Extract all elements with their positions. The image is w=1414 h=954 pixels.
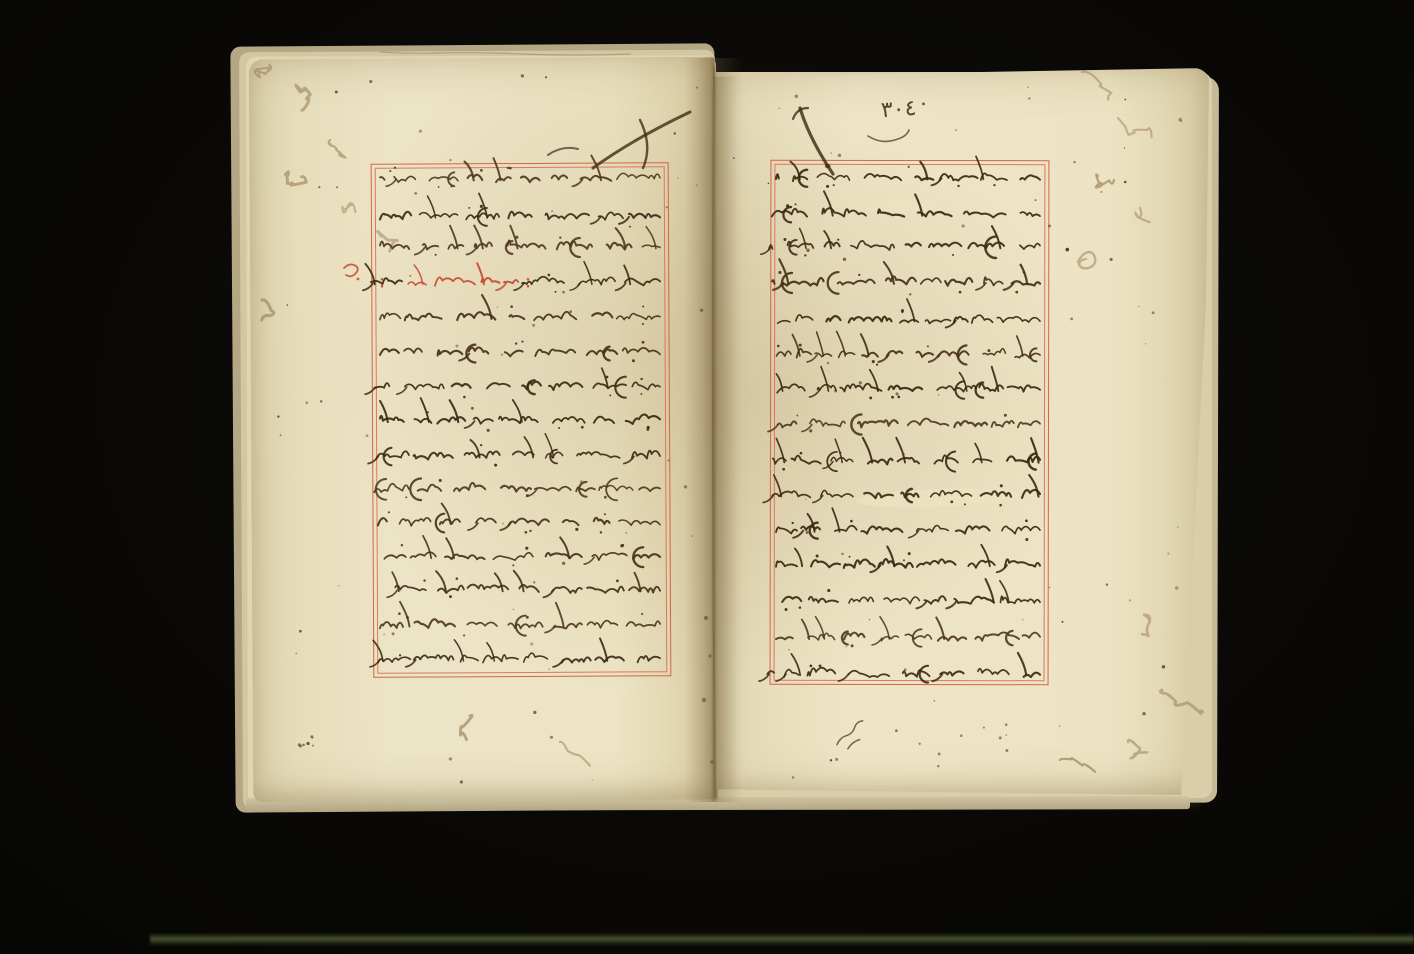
book-gutter — [684, 58, 742, 802]
manuscript-photo: ٣٠٤ — [0, 0, 1414, 954]
table-surface-strip — [150, 933, 1414, 946]
right-text-frame-inner-rule — [773, 163, 1046, 681]
folio-number: ٣٠٤ — [863, 95, 935, 134]
left-text-frame — [371, 162, 672, 678]
left-text-frame-inner-rule — [374, 166, 667, 674]
right-text-frame — [770, 160, 1050, 685]
